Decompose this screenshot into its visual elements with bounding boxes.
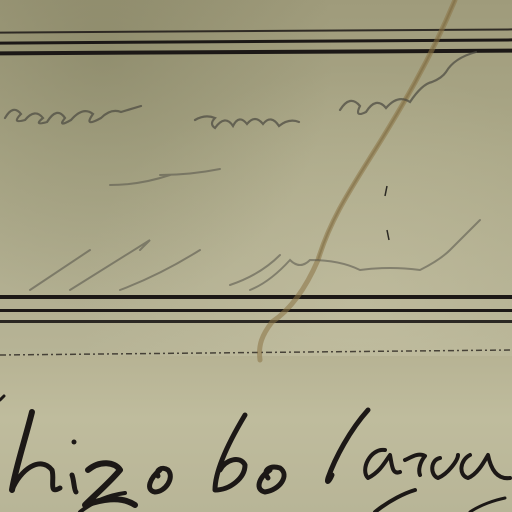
manuscript-photo: eeee mon esb All dlmak hizobolarea (0, 0, 512, 512)
handwriting-and-stains (0, 0, 512, 512)
main-inscription: hizobolarea (0, 440, 6, 441)
middle-faded-text: All dlmak (30, 260, 35, 261)
upper-faded-text: eeee mon esb (5, 100, 12, 101)
